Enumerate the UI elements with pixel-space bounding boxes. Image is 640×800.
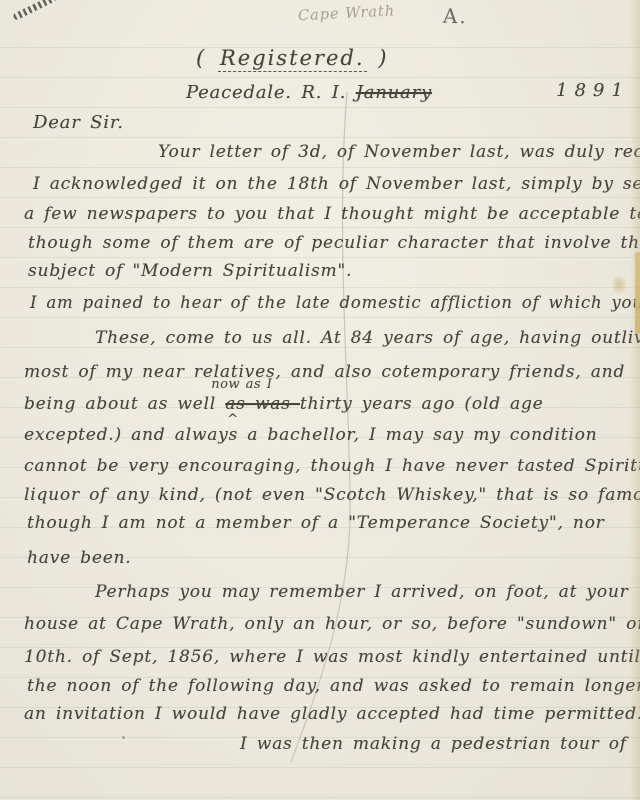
letter-line: a few newspapers to you that I thought m… (24, 204, 640, 224)
amendment-after-text: thirty years ago (old age (300, 394, 544, 414)
pencil-note: Cape Wrath (298, 3, 396, 24)
registered-close-paren: ) (378, 46, 388, 70)
letter-line: though some of them are of peculiar char… (28, 233, 640, 253)
letter-line: I am pained to hear of the late domestic… (30, 293, 640, 312)
dateline-month-struck: January (356, 82, 432, 103)
strikethrough-text: as was now as I ^ (225, 394, 300, 414)
letter-line: These, come to us all. At 84 years of ag… (95, 328, 640, 348)
letter-line: an invitation I would have gladly accept… (24, 704, 640, 724)
letter-line: 10th. of Sept, 1856, where I was most ki… (24, 647, 640, 667)
letter-line-amended: being about as well as was now as I ^ th… (24, 394, 543, 414)
registered-heading: ( Registered. ) (196, 46, 388, 70)
letter-line: I was then making a pedestrian tour of (240, 734, 627, 754)
letter-line: have been. (27, 548, 132, 568)
letter-line: Perhaps you may remember I arrived, on f… (95, 582, 629, 602)
letter-line: subject of "Modern Spiritualism". (28, 261, 352, 281)
amendment-before-text: being about as well (24, 394, 225, 414)
salutation-line: Dear Sir. (33, 112, 124, 133)
letter-page: Cape Wrath A. ( Registered. ) Peacedale.… (0, 0, 640, 800)
letter-line: cannot be very encouraging, though I hav… (24, 456, 640, 476)
letter-line: though I am not a member of a "Temperanc… (27, 513, 605, 533)
ink-speck (122, 736, 125, 739)
letter-line: excepted.) and always a bachellor, I may… (24, 425, 597, 445)
struck-words: as was (225, 394, 290, 414)
letter-line: liquor of any kind, (not even "Scotch Wh… (24, 485, 640, 505)
page-right-edge-shadow (630, 0, 640, 800)
inline-insertion: now as I (211, 377, 272, 392)
registered-open-paren: ( (196, 46, 206, 70)
dateline-place: Peacedale. R. I. (186, 82, 346, 103)
letter-line: Your letter of 3d, of November last, was… (158, 142, 640, 162)
letter-line: I acknowledged it on the 18th of Novembe… (33, 174, 640, 194)
yellowed-edge-strip (635, 252, 640, 334)
binding-stitch-mark (12, 0, 56, 21)
letter-line: the noon of the following day, and was a… (27, 676, 640, 696)
dateline-year: 1891 (556, 80, 630, 101)
letter-line: house at Cape Wrath, only an hour, or so… (24, 614, 640, 634)
letter-line: most of my near relatives, and also cote… (24, 362, 625, 382)
stain-mark (612, 276, 626, 294)
dateline: Peacedale. R. I. January (186, 82, 432, 103)
registered-word: Registered. (218, 46, 367, 72)
pencil-folio-letter: A. (443, 4, 469, 29)
